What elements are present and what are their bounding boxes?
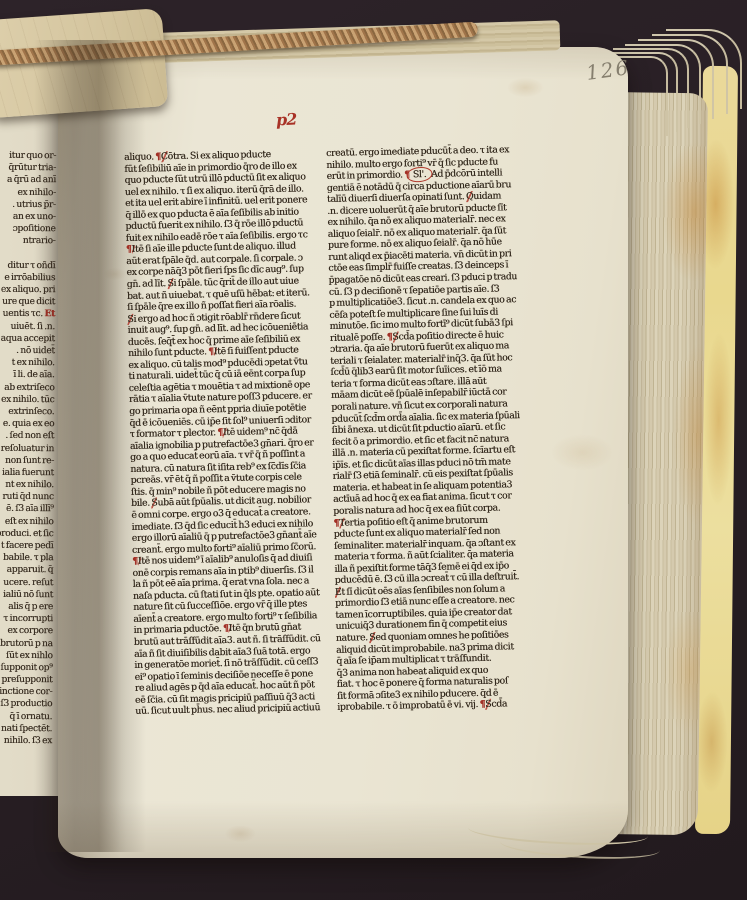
text-column-right: creatū. ergo imediate pducūt̄ a deo. τ i… [326,144,525,713]
facing-page-text-fragments: itur quo or-q̄rūtur tria-a q̄rū ad anīex… [0,150,59,754]
text-block: aliquo. ¶Cōtra. Si ex aliquo pductefūt ſ… [124,144,539,718]
signature-mark: p2 [276,109,297,129]
text-column-left: aliquo. ¶Cōtra. Si ex aliquo pductefūt ſ… [124,148,323,717]
book-photo-scene: itur quo or-q̄rūtur tria-a q̄rū ad anīex… [0,0,747,900]
